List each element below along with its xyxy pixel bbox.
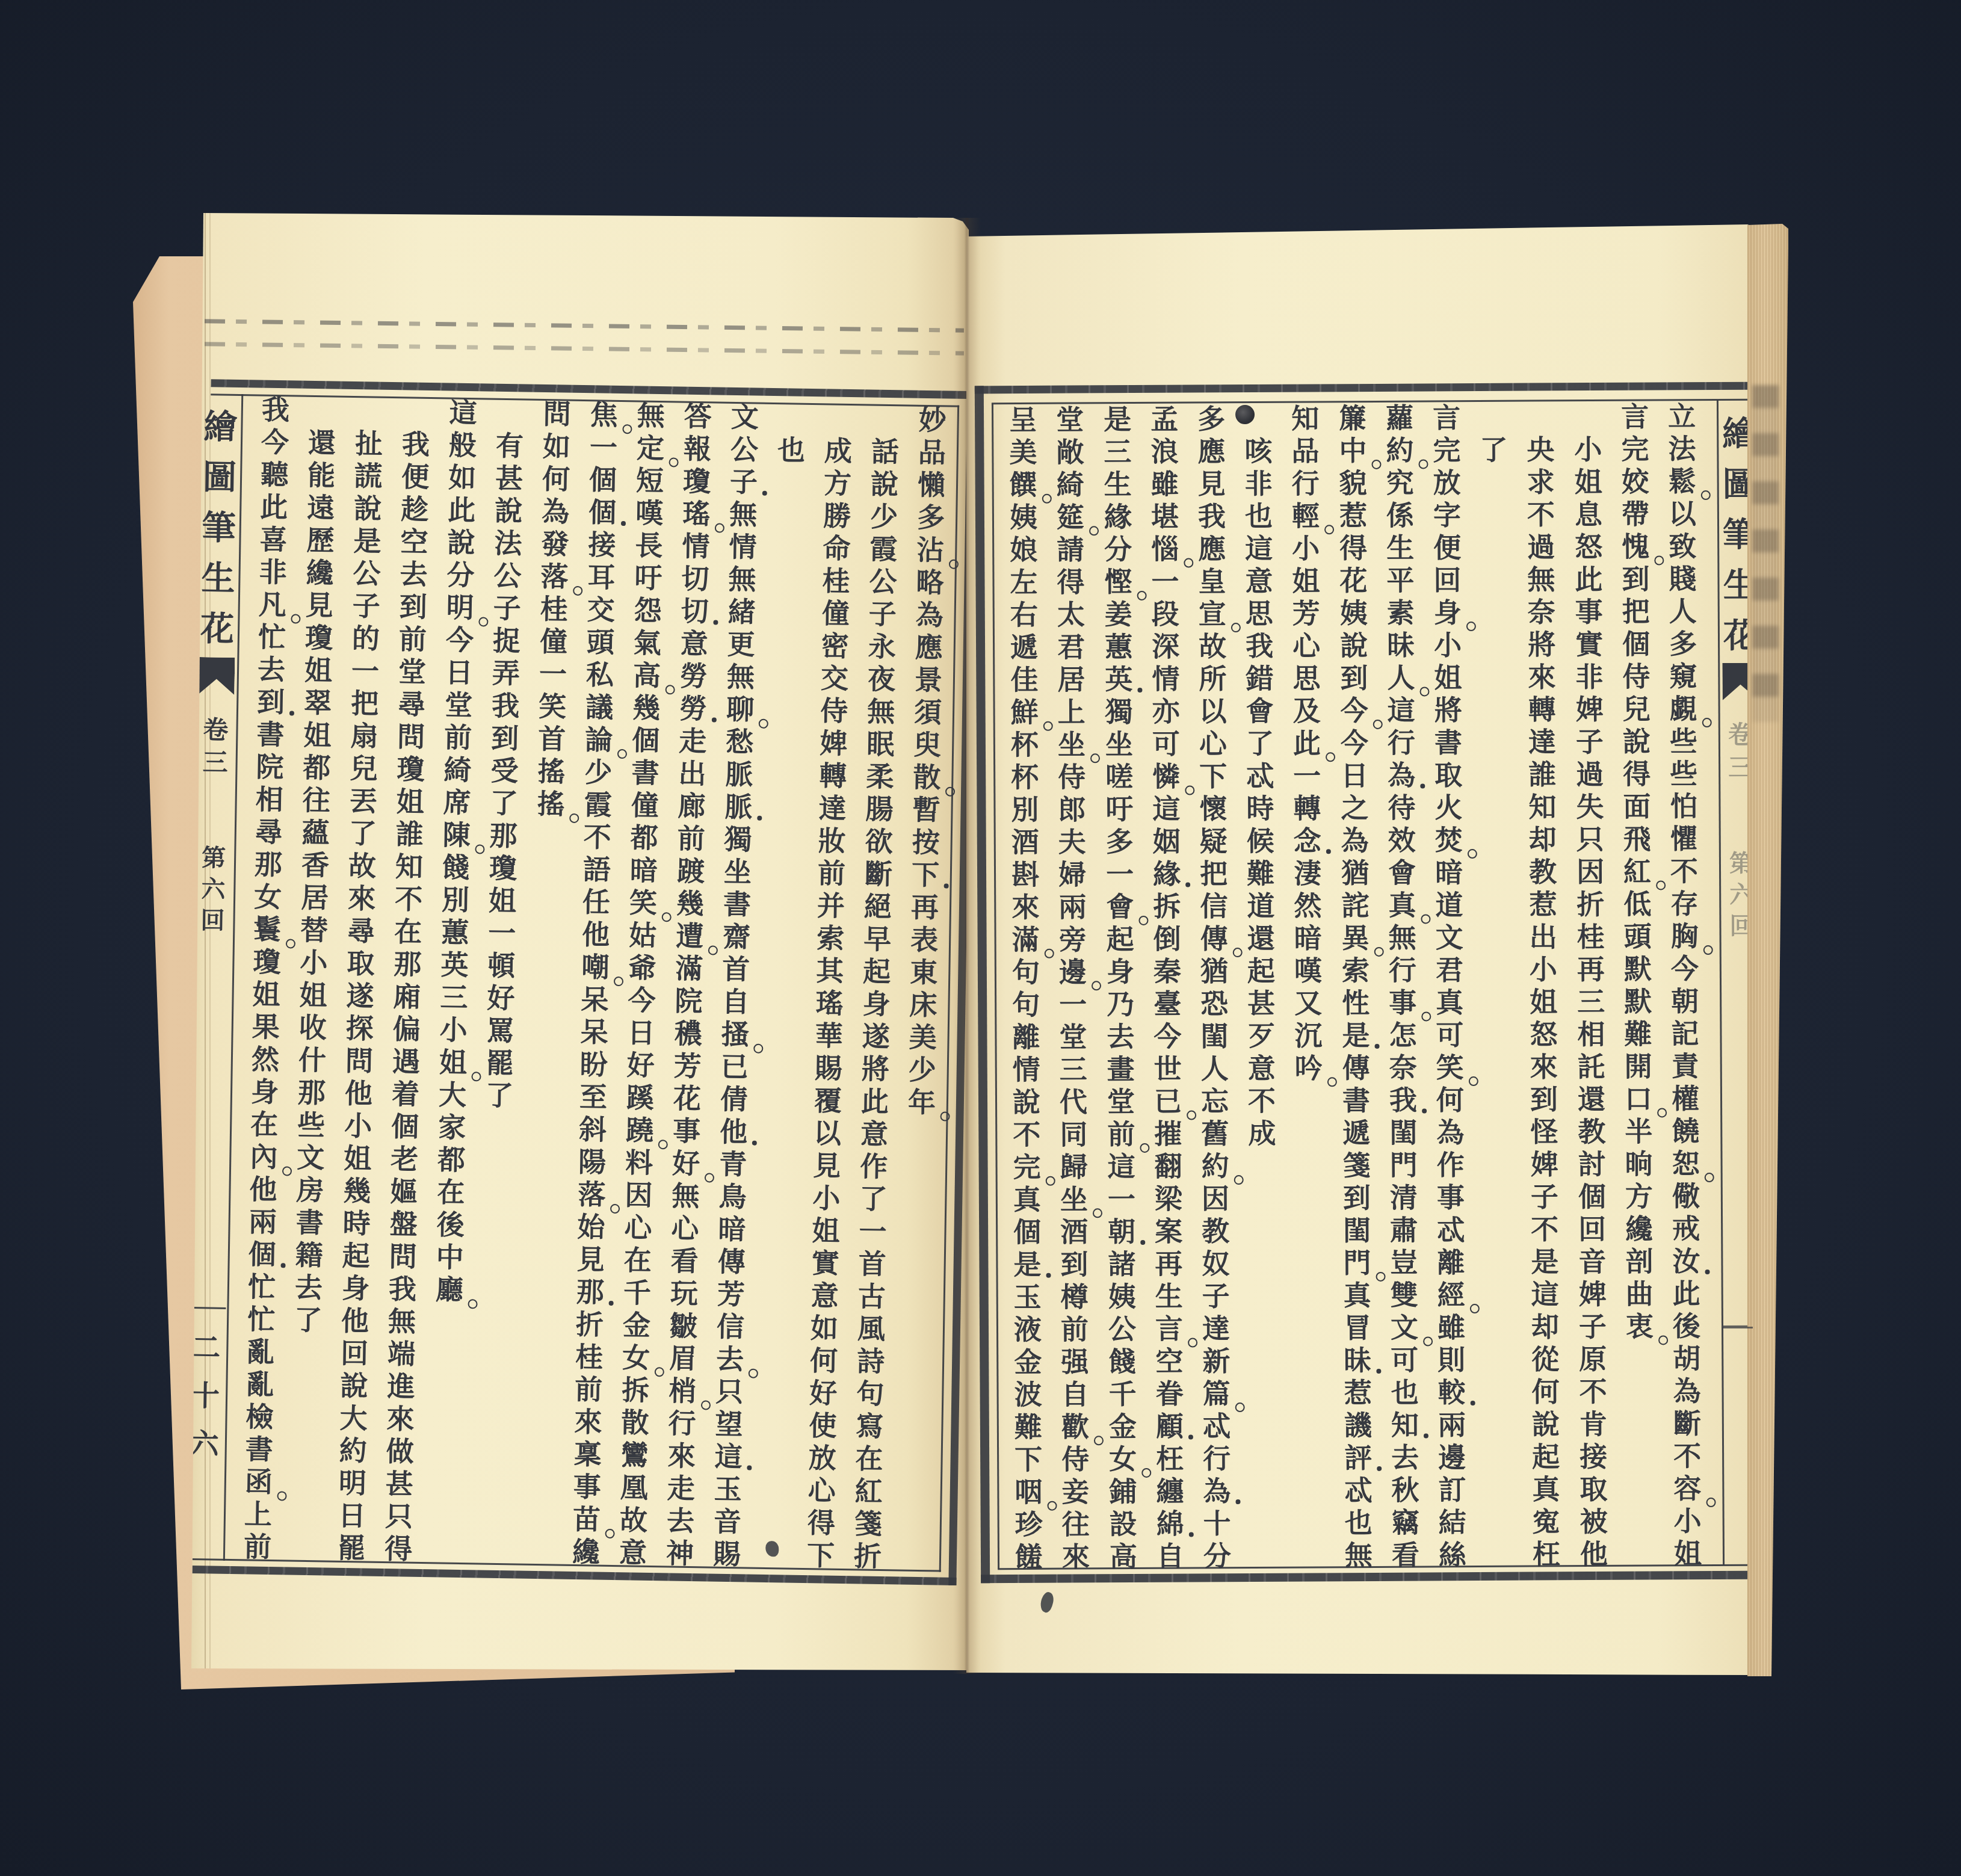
character: 那 [573,1276,607,1309]
character: 到 [396,590,430,623]
left-page-column-14: 還能遠歷纔見瓊姐翠姐都往蘊香居替小姐收什那些文房書籍去了 [291,394,340,1337]
character: 桂 [572,1341,607,1374]
character: 趁 [398,493,432,526]
dot-punctuation-mark [1375,1044,1380,1049]
character: 這 [1242,532,1276,565]
character: 這 [446,396,480,429]
character: 勞 [677,660,711,693]
character: 取 [344,947,378,980]
character: 為 [1385,759,1418,792]
character: 新 [1199,1345,1233,1377]
character: 鸞 [617,1439,652,1472]
character: 日 [335,1499,369,1532]
character: 略 [913,566,947,599]
character: 饒 [1669,1115,1702,1147]
character: 達 [815,792,850,825]
character: 居 [1054,663,1088,696]
character: 蹺 [623,1114,657,1147]
right-page-column-9: 知品行輕小姐芳心思及此一轉念淒然暗嘆又沉吟 [1288,402,1326,1084]
character: 一 [1290,759,1324,792]
character: 來 [383,1402,418,1436]
character: 無 [1385,922,1419,954]
character: 相 [1574,1018,1608,1051]
character: 時 [339,1207,374,1240]
character: 院 [672,984,706,1017]
character: 索 [1339,954,1373,987]
character: 把 [1619,595,1653,628]
character: 念 [1291,824,1324,857]
character: 忘 [1198,1085,1232,1117]
character: 至 [576,1081,611,1114]
character: 豈 [1387,1247,1421,1279]
character: 那 [295,1076,329,1109]
circle-punctuation-mark [1702,718,1712,727]
indent-space [1477,401,1510,434]
character: 姐 [300,719,335,752]
character: 轉 [816,759,850,792]
character: 姐 [1431,661,1465,694]
character: 端 [384,1338,419,1371]
character: 脈 [721,791,756,824]
character: 小 [1571,433,1605,466]
character: 小 [436,1013,471,1046]
character: 誰 [392,818,427,851]
character: 收 [295,1011,330,1044]
circle-punctuation-mark [940,1111,950,1121]
character: 求 [1524,466,1558,498]
character: 賜 [811,1052,845,1085]
character: 聊 [723,693,758,726]
character: 淒 [1291,857,1324,889]
character: 事 [1572,596,1606,628]
character: 係 [1383,499,1417,532]
character: 吟 [1292,1052,1326,1084]
character: 息 [1572,498,1605,531]
character: 脈 [722,758,756,791]
character: 走 [664,1472,698,1505]
character: 忙 [245,1270,279,1303]
character: 好 [669,1147,703,1180]
character: 後 [1670,1310,1703,1342]
character: 愧 [1619,530,1652,563]
circle-punctuation-mark [1089,526,1099,535]
character: 梢 [666,1374,700,1407]
character: 婢 [1572,693,1606,726]
character: 無 [1342,1539,1376,1572]
character: 坐 [720,856,755,889]
ink-blot [765,1541,779,1557]
character: 坐 [1055,728,1089,761]
character: 難 [1244,857,1277,890]
circle-punctuation-mark [655,1367,664,1377]
character: 接 [585,528,619,561]
character: 大 [436,1078,470,1111]
character: 故 [617,1504,651,1537]
page-edge-print-smudge [1752,385,1779,722]
character: 三 [197,746,233,779]
character: 首 [719,953,753,986]
character: 往 [1059,1508,1093,1540]
character: 達 [1199,1312,1233,1345]
dot-punctuation-mark [1188,1435,1193,1440]
character: 滿 [1008,924,1042,956]
character: 文 [294,1141,328,1174]
character: 也 [1342,1507,1376,1539]
character: 宣 [1196,597,1229,630]
character: 完 [1010,1151,1043,1183]
character: 子 [1576,1310,1610,1343]
character: 纔 [1622,1212,1656,1245]
circle-punctuation-mark [1373,720,1383,729]
character: 一 [1105,1183,1138,1215]
character: 頓 [484,949,519,983]
frame-rule-left-thin [992,404,999,1569]
character: 結 [1436,1506,1469,1538]
character: 綺 [440,753,475,786]
character: 出 [1526,921,1560,953]
character: 儆 [1669,1180,1703,1212]
character: 我 [399,428,433,461]
character: 同 [1057,1118,1090,1150]
character: 兩 [1055,890,1089,923]
character: 前 [395,623,430,656]
character: 瓊 [250,945,284,978]
character: 瓊 [680,465,714,498]
character: 個 [586,463,620,496]
character: 書 [628,756,662,789]
character: 并 [814,889,848,922]
character: 綿 [1153,1508,1187,1540]
character: 無 [726,498,761,531]
character: 怕 [1667,790,1700,822]
character: 着 [389,1078,423,1111]
circle-punctuation-mark [1231,623,1241,632]
character: 居 [298,881,332,915]
character: 已 [717,1051,752,1084]
character: 函 [241,1465,276,1498]
character: 還 [1575,1083,1608,1115]
circle-punctuation-mark [610,1204,620,1214]
character: 拆 [1150,890,1184,923]
character: 皇 [1195,565,1229,597]
character: 此 [257,491,291,524]
circle-punctuation-mark [1701,490,1711,500]
character: 轉 [1290,792,1324,824]
character: 孟 [1147,403,1181,436]
character: 句 [1009,956,1043,989]
character: 料 [622,1146,656,1179]
character: 斟 [1008,859,1042,891]
character: 心 [1196,727,1230,760]
character: 能 [304,459,339,492]
ghost-print-line [205,342,964,355]
character: 存 [1667,887,1701,920]
character: 姐 [1289,564,1323,597]
circle-punctuation-mark [1371,460,1381,469]
character: 尋 [344,915,378,948]
character: 遞 [1007,631,1041,664]
character: 顧 [1153,1410,1187,1443]
character: 小 [1527,953,1560,986]
character: 怒 [1572,531,1605,563]
character: 玉 [1011,1281,1045,1313]
character: 嗟 [1102,761,1136,793]
character: 法 [491,527,525,560]
character: 杯 [1008,761,1042,794]
character: 扯 [352,427,386,460]
character: 寃 [1530,1505,1563,1538]
left-page-column-3: 成方勝命桂僮密交侍婢轉達妝前并索其瑤華賜覆以見小姐實意如何好使放心得下 [804,402,856,1572]
character: 及 [1289,694,1323,727]
character: 前 [441,721,475,754]
character: 索 [814,922,848,955]
dot-punctuation-mark [1424,1433,1428,1438]
character: 把 [1197,857,1231,890]
character: 無 [864,695,898,728]
character: 子 [1199,1280,1233,1312]
character: 獨 [721,823,755,856]
character: 到 [1619,563,1652,595]
character: 惹 [1341,1377,1374,1409]
character: 前 [241,1530,275,1563]
character: 好 [806,1377,841,1410]
character: 行 [665,1407,699,1440]
character: 鬟 [250,913,285,946]
character: 纔 [303,557,337,590]
character: 蘿 [1383,402,1416,434]
dot-punctuation-mark [1420,783,1425,788]
character: 回 [1575,1213,1609,1245]
character: 呈 [1006,404,1040,436]
character: 笑 [1433,1051,1467,1084]
character: 接 [1577,1440,1610,1473]
character: 只 [712,1375,747,1409]
character: 姐 [1671,1537,1705,1570]
character: 下 [908,859,942,892]
circle-punctuation-mark [475,844,484,854]
character: 多 [1194,403,1228,435]
character: 廊 [675,790,709,823]
character: 前 [572,1373,606,1406]
character: 少 [867,500,901,533]
indent-space [774,401,809,434]
character: 咽 [1011,1476,1045,1508]
character: 鳥 [715,1180,750,1214]
character: 苗 [570,1503,604,1536]
character: 都 [627,821,661,854]
character: 走 [676,725,710,758]
character: 高 [1107,1540,1140,1573]
character: 中 [1336,434,1370,467]
character: 得 [1620,757,1654,790]
character: 故 [345,850,380,883]
character: 口 [1622,1082,1655,1115]
character: 籍 [292,1239,326,1272]
character: 完 [1618,433,1652,465]
character: 公 [350,557,384,590]
right-page-column-8: 簾中貌惹得花姨說到今今日之為猶詫異索性是傳書遞箋到閨門真冒昧惹譏評忒也無 [1336,402,1376,1572]
character: 非 [1242,467,1276,500]
character: 見 [573,1243,608,1276]
character: 會 [1103,890,1137,923]
character: 姑 [626,919,660,952]
circle-punctuation-mark [662,912,672,922]
left-page-column-6: 答報瓊瑤情切切意勞勞走出廊前踱幾遭滿院穠芳花事好無心看玩皺眉梢行來走去神 [663,400,715,1570]
page-edge-tick [1723,1327,1753,1328]
character: 按 [909,826,943,859]
character: 教 [1199,1215,1232,1247]
character: 書 [720,888,755,921]
character: 心 [804,1474,839,1507]
character: 落 [575,1178,609,1211]
circle-punctuation-mark [622,424,632,434]
character: 評 [1341,1442,1375,1474]
right-page-column-7: 蘿約究係生平素昧人這行為待效會真無行事怎奈我閨門清肅豈雙文可也知去秋竊看 [1383,402,1422,1572]
character: 暗 [1291,922,1324,954]
right-page-column-13: 是三生緣分慳姜蕙英獨坐嗟吁多一會起身乃去畫堂前這一朝諸姨公餞千金女鋪設高 [1101,403,1140,1573]
character: 姐 [249,978,283,1011]
character: 非 [256,556,290,589]
character: 折 [1573,888,1607,921]
character: 他 [1577,1538,1611,1570]
character: 真 [1341,1279,1374,1312]
character: 玉 [711,1473,745,1506]
character: 千 [1105,1378,1139,1410]
character: 臺 [1150,988,1184,1020]
circle-punctuation-mark [1090,753,1100,763]
character: 衷 [1623,1310,1657,1342]
character: 個 [1010,1216,1044,1248]
character: 何 [807,1344,841,1377]
character: 小 [341,1109,375,1143]
character: 文 [727,401,762,434]
character: 畫 [1104,1053,1138,1085]
circle-punctuation-mark [708,945,718,955]
character: 個 [585,496,620,529]
character: 故 [1196,630,1229,662]
circle-punctuation-mark [1046,1176,1055,1186]
character: 品 [915,436,949,469]
character: 閨 [1340,1214,1374,1247]
character: 歷 [303,524,338,557]
character: 婦 [1055,858,1089,890]
character: 箋 [851,1507,885,1540]
character: 汝 [1669,1245,1703,1277]
character: 別 [1008,794,1042,826]
character: 品 [1288,434,1322,467]
character: 餞 [439,851,474,884]
character: 堂 [395,655,430,688]
right-page: 繪圖筆生花 卷三 第六回 立法鬆以致賤人多窺覷些些怕懼不存胸今朝記責權饒恕儆戒汝… [966,223,1752,1677]
volume-label: 卷三 [197,714,234,779]
character: 命 [820,532,854,565]
character: 以 [1666,498,1699,530]
character: 將 [858,1052,892,1085]
book-title: 繪圖筆生花 [199,401,239,655]
character: 代 [1057,1085,1090,1118]
character: 不 [1670,1440,1704,1472]
indent-space [399,395,433,428]
character: 都 [300,751,334,785]
character: 問 [386,1240,420,1273]
character: 這 [711,1440,746,1473]
character: 小 [297,946,331,980]
character: 侍 [1619,660,1653,693]
character: 亂 [243,1368,277,1401]
character: 金 [1106,1410,1140,1443]
character: 見 [1195,467,1229,500]
character: 閨 [1386,1117,1420,1149]
dot-punctuation-mark [1140,1240,1145,1245]
character: 婢 [1576,1278,1610,1310]
circle-punctuation-mark [277,1491,286,1501]
character: 晌 [1622,1147,1655,1180]
indent-space [1524,401,1557,433]
dot-punctuation-mark [1235,1499,1240,1504]
character: 般 [446,428,480,461]
character: 幾 [673,887,708,920]
character: 紅 [1620,855,1654,887]
character: 此 [1670,1277,1703,1310]
left-page-column-4: 也 [774,401,809,467]
character: 暗 [715,1213,749,1246]
dot-punctuation-mark [289,711,294,715]
character: 報 [681,433,715,466]
character: 去 [713,1343,747,1376]
character: 往 [299,784,333,817]
character: 桂 [537,593,571,626]
character: 去 [1388,1442,1422,1474]
character: 約 [1198,1150,1232,1182]
character: 今 [1668,952,1702,985]
character: 約 [336,1434,370,1467]
circle-punctuation-mark [658,1140,668,1149]
character: 弄 [489,657,523,690]
character: 却 [1528,1310,1562,1343]
character: 到 [254,685,288,718]
character: 腸 [862,792,897,825]
character: 何 [1433,1084,1467,1116]
character: 可 [1433,1019,1466,1051]
character: 音 [1575,1245,1609,1278]
character: 問 [540,398,574,431]
character: 姻 [1150,825,1184,858]
character: 是 [350,525,384,558]
character: 花 [1336,564,1370,597]
character: 肅 [1387,1214,1421,1247]
character: 是 [1339,1019,1373,1052]
character: 取 [1431,759,1465,791]
character: 今 [1337,694,1371,727]
circle-punctuation-mark [1374,947,1384,957]
character: 梁 [1152,1183,1185,1215]
character: 低 [1620,887,1654,920]
character: 回 [194,905,231,937]
character: 身 [1431,596,1465,629]
character: 暫 [909,794,943,827]
character: 神 [663,1537,697,1570]
character: 方 [1622,1180,1656,1212]
character: 被 [1577,1505,1611,1538]
circle-punctuation-mark [1466,622,1476,631]
character: 瓊 [486,852,520,885]
left-page-column-8: 焦一個個接耳交頭私議論少霞不語任他嘲呆呆盼至斜陽落始見那折桂前來稟事苗纔 [569,398,622,1569]
character: 意 [857,1117,892,1150]
character: 十 [1200,1507,1234,1540]
character: 謊 [351,460,386,493]
left-page-frame: 繪圖筆生花 卷三 第六回 二十六 妙品懶多沾略為應景須臾散暫按下再表東床美少年 … [180,379,975,1585]
character: 說 [868,467,902,501]
